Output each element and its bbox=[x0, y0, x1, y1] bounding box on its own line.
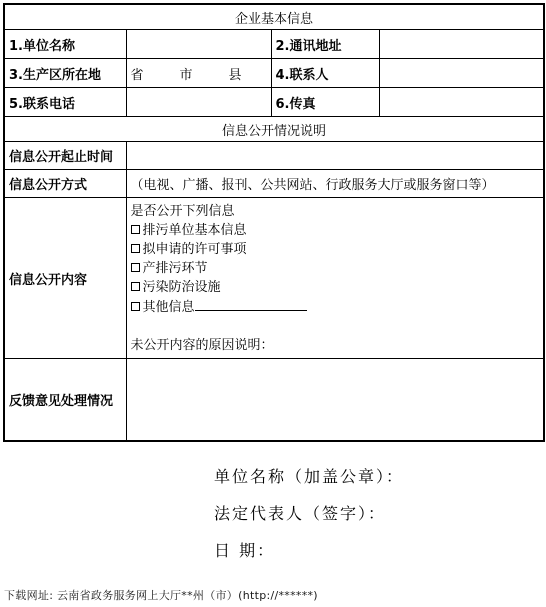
checkbox-item[interactable]: 拟申请的许可事项 bbox=[131, 240, 540, 259]
checkbox-item[interactable]: 污染防治设施 bbox=[131, 278, 540, 297]
disclosure-content-cell: 是否公开下列信息 排污单位基本信息 拟申请的许可事项 产排污环节 污染防治设施 … bbox=[126, 198, 544, 359]
download-url-note: 下载网址: 云南省政务服务网上大厅**州（市）(http://******) bbox=[4, 587, 318, 603]
input-cell-unit-name[interactable] bbox=[126, 30, 271, 59]
checkbox-item[interactable]: 排污单位基本信息 bbox=[131, 221, 540, 240]
section-title-disclosure: 信息公开情况说明 bbox=[4, 117, 544, 142]
label-feedback-handling: 反馈意见处理情况 bbox=[4, 359, 126, 441]
location-province-text: 省 bbox=[131, 64, 144, 83]
checkbox-item-label: 拟申请的许可事项 bbox=[143, 242, 247, 257]
section-title-basic-info: 企业基本信息 bbox=[4, 4, 544, 30]
checkbox-icon[interactable] bbox=[131, 244, 140, 253]
checkbox-icon[interactable] bbox=[131, 225, 140, 234]
checkbox-item-label: 排污单位基本信息 bbox=[143, 223, 247, 238]
label-fax: 6.传真 bbox=[271, 88, 379, 117]
disclosure-content-intro: 是否公开下列信息 bbox=[131, 202, 540, 221]
checkbox-icon[interactable] bbox=[131, 302, 140, 311]
checkbox-icon[interactable] bbox=[131, 282, 140, 291]
disclosure-method-hint: （电视、广播、报刊、公共网站、行政服务大厅或服务窗口等） bbox=[126, 170, 544, 198]
undisclosed-reason-label: 未公开内容的原因说明： bbox=[131, 336, 540, 355]
label-production-location: 3.生产区所在地 bbox=[4, 59, 126, 88]
input-cell-disclosure-period[interactable] bbox=[126, 142, 544, 170]
input-cell-production-location[interactable]: 省市县 bbox=[126, 59, 271, 88]
input-cell-contact-person[interactable] bbox=[379, 59, 544, 88]
label-disclosure-period: 信息公开起止时间 bbox=[4, 142, 126, 170]
signature-company-line: 单位名称（加盖公章）： bbox=[214, 468, 404, 485]
label-disclosure-method: 信息公开方式 bbox=[4, 170, 126, 198]
label-mailing-address: 2.通讯地址 bbox=[271, 30, 379, 59]
input-cell-fax[interactable] bbox=[379, 88, 544, 117]
checkbox-item-label: 产排污环节 bbox=[143, 261, 208, 276]
checkbox-item[interactable]: 产排污环节 bbox=[131, 259, 540, 278]
checkbox-item-label: 其他信息 bbox=[143, 300, 195, 315]
label-disclosure-content: 信息公开内容 bbox=[4, 198, 126, 359]
location-city-text: 市 bbox=[180, 64, 193, 83]
other-info-blank-line[interactable] bbox=[195, 297, 307, 311]
checkbox-icon[interactable] bbox=[131, 263, 140, 272]
signature-legal-rep-line: 法定代表人（签字）： bbox=[214, 505, 404, 522]
checkbox-item[interactable]: 其他信息 bbox=[131, 297, 540, 317]
label-contact-phone: 5.联系电话 bbox=[4, 88, 126, 117]
signature-date-line: 日 期： bbox=[214, 542, 404, 559]
input-cell-contact-phone[interactable] bbox=[126, 88, 271, 117]
location-county-text: 县 bbox=[229, 64, 242, 83]
label-unit-name: 1.单位名称 bbox=[4, 30, 126, 59]
checkbox-item-label: 污染防治设施 bbox=[143, 280, 221, 295]
input-cell-feedback-handling[interactable] bbox=[126, 359, 544, 441]
label-contact-person: 4.联系人 bbox=[271, 59, 379, 88]
signature-block: 单位名称（加盖公章）： 法定代表人（签字）： 日 期： bbox=[214, 468, 404, 579]
enterprise-info-form-table: 企业基本信息 1.单位名称 2.通讯地址 3.生产区所在地 省市县 4.联系人 … bbox=[3, 3, 545, 442]
input-cell-mailing-address[interactable] bbox=[379, 30, 544, 59]
